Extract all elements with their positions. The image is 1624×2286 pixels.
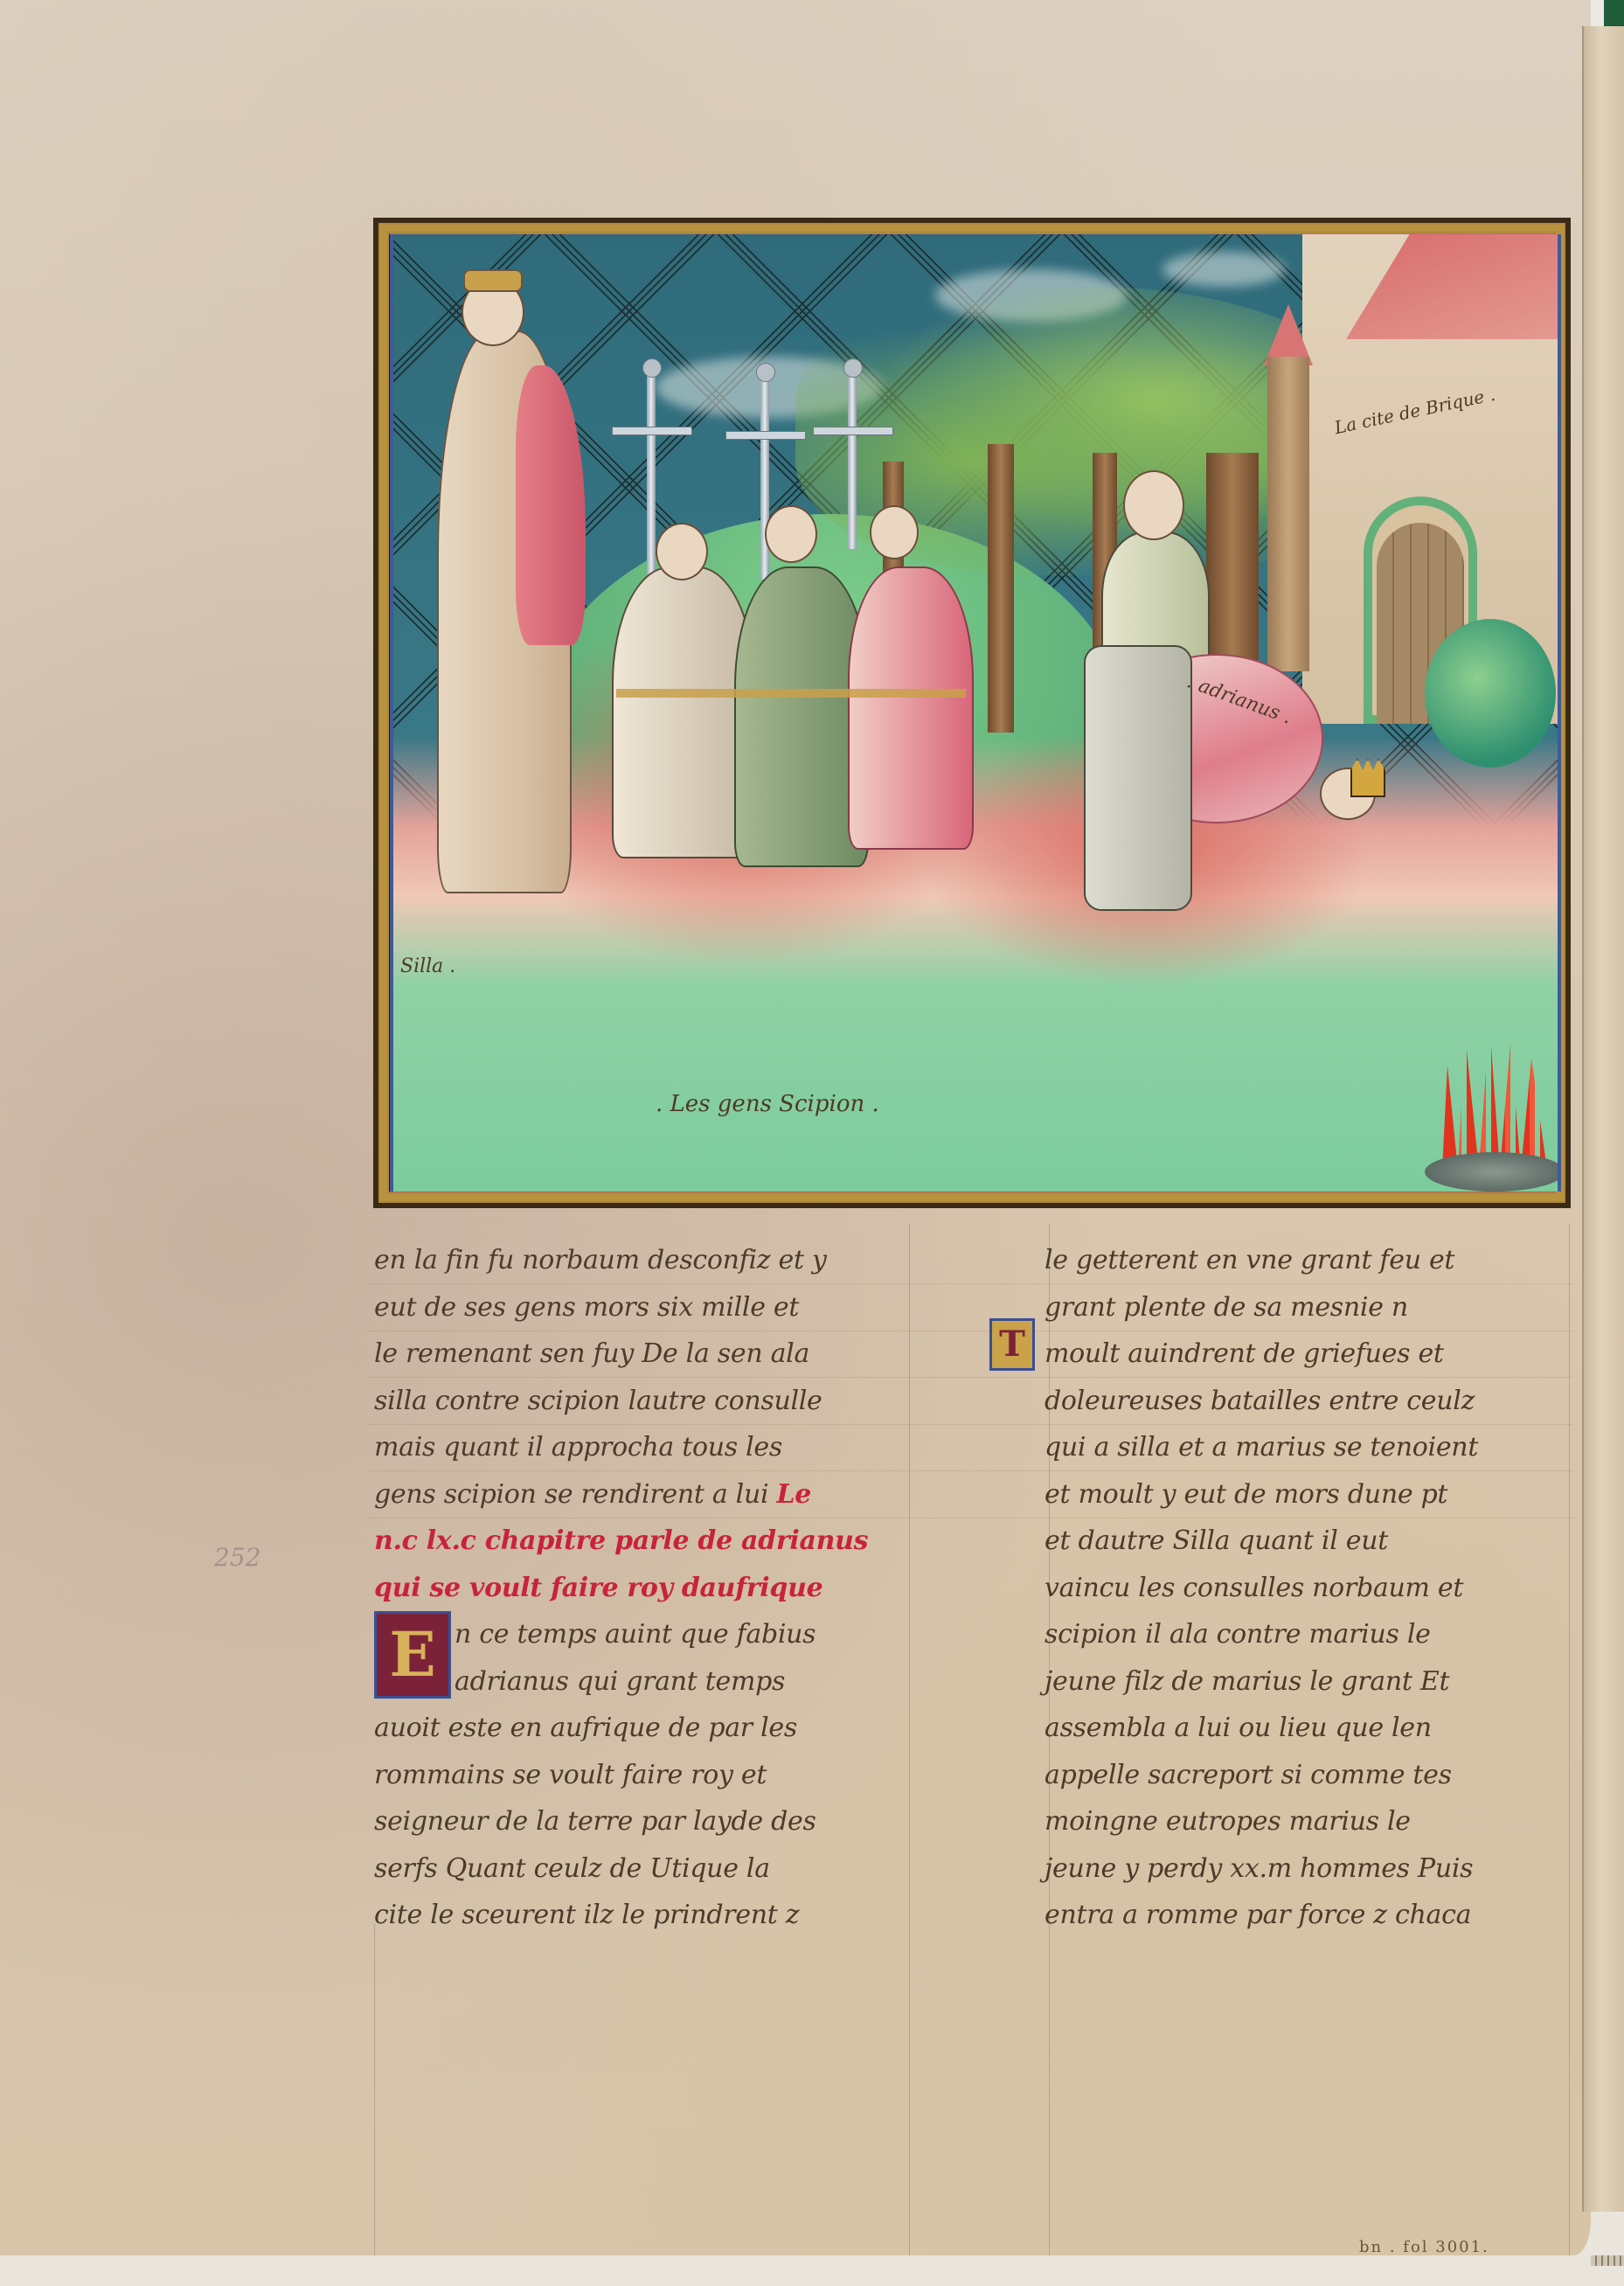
text-line: n ce temps auint que fabius bbox=[374, 1611, 933, 1658]
ribbon-marker bbox=[1604, 0, 1624, 26]
gold-belts bbox=[616, 689, 966, 698]
bottom-catchword: bn . fol 3001. bbox=[1359, 2238, 1489, 2256]
kneeling-man-pink bbox=[848, 566, 974, 850]
column-rule bbox=[1569, 1224, 1570, 2255]
right-text-column: le getterent en vne grant feu et grant p… bbox=[1044, 1237, 1569, 1939]
text-line: le getterent en vne grant feu et bbox=[1044, 1237, 1569, 1284]
text-line: eut de ses gens mors six mille et bbox=[374, 1284, 933, 1331]
text-line: auoit este en aufrique de par les bbox=[374, 1705, 933, 1752]
text-line: silla contre scipion lautre consulle bbox=[374, 1378, 933, 1425]
cloud bbox=[1162, 252, 1285, 287]
text-line: serfs Quant ceulz de Utique la bbox=[374, 1845, 933, 1893]
text-line: grant plente de sa mesnie n bbox=[1044, 1284, 1569, 1331]
column-rule bbox=[374, 1923, 375, 2255]
sword bbox=[760, 379, 769, 580]
text-line: jeune y perdy xx.m hommes Puis bbox=[1044, 1845, 1569, 1893]
text-line: moult auindrent de griefues et bbox=[1044, 1331, 1569, 1378]
illuminated-initial-t: T bbox=[989, 1318, 1035, 1371]
kneeling-head bbox=[870, 505, 919, 559]
text-line: doleureuses batailles entre ceulz bbox=[1044, 1378, 1569, 1425]
text-span: gens scipion se rendirent a lui bbox=[374, 1479, 768, 1510]
sword bbox=[647, 374, 656, 593]
text-line: rommains se voult faire roy et bbox=[374, 1752, 933, 1799]
text-line: qui a silla et a marius se tenoient bbox=[1044, 1424, 1569, 1471]
left-text-column: en la fin fu norbaum desconfiz et y eut … bbox=[374, 1237, 933, 1939]
rubric-line: n.c lx.c chapitre parle de adrianus bbox=[374, 1518, 933, 1565]
executioner-legs bbox=[1084, 645, 1192, 911]
text-line: seigneur de la terre par layde des bbox=[374, 1798, 933, 1845]
crown-icon bbox=[1350, 759, 1385, 797]
text-line: assembla a lui ou lieu que len bbox=[1044, 1705, 1569, 1752]
scipio-men-label: . Les gens Scipion . bbox=[656, 1091, 879, 1117]
rubric-span: Le bbox=[777, 1479, 812, 1510]
text-line: cite le sceurent ilz le prindrent z bbox=[374, 1892, 933, 1939]
text-line: jeune filz de marius le grant Et bbox=[1044, 1658, 1569, 1706]
text-line: et moult y eut de mors dune pt bbox=[1044, 1471, 1569, 1518]
text-line: entra a romme par force z chaca bbox=[1044, 1892, 1569, 1939]
text-line: scipion il ala contre marius le bbox=[1044, 1611, 1569, 1658]
bush bbox=[1425, 619, 1556, 768]
text-line: appelle sacreport si comme tes bbox=[1044, 1752, 1569, 1799]
kneeling-head bbox=[656, 523, 708, 580]
text-line: moingne eutropes marius le bbox=[1044, 1798, 1569, 1845]
text-line: mais quant il approcha tous les bbox=[374, 1424, 933, 1471]
faint-margin-number: 252 bbox=[214, 1543, 260, 1572]
facing-page-edge bbox=[1582, 26, 1624, 2212]
sulla-label: Silla . bbox=[400, 955, 455, 977]
castle-tower bbox=[1267, 357, 1309, 671]
illuminated-initial-e: E bbox=[374, 1611, 451, 1699]
sword bbox=[848, 374, 857, 549]
text-line: gens scipion se rendirent a lui Le bbox=[374, 1471, 933, 1518]
page-edge-ticks bbox=[1591, 2255, 1624, 2266]
text-line: vaincu les consulles norbaum et bbox=[1044, 1565, 1569, 1612]
tree-trunk bbox=[988, 444, 1014, 733]
miniature-scene: La cite de Brique . Silla . . Les gens S… bbox=[390, 234, 1561, 1192]
kneeling-head bbox=[765, 505, 817, 563]
executioner-head bbox=[1123, 470, 1184, 540]
text-line: et dautre Silla quant il eut bbox=[1044, 1518, 1569, 1565]
rocks bbox=[1425, 1152, 1561, 1192]
text-line: le remenant sen fuy De la sen ala bbox=[374, 1331, 933, 1378]
text-line: adrianus qui grant temps bbox=[374, 1658, 933, 1706]
rubric-line: qui se voult faire roy daufrique bbox=[374, 1565, 933, 1612]
sulla-cap bbox=[463, 269, 523, 292]
text-line: en la fin fu norbaum desconfiz et y bbox=[374, 1237, 933, 1284]
